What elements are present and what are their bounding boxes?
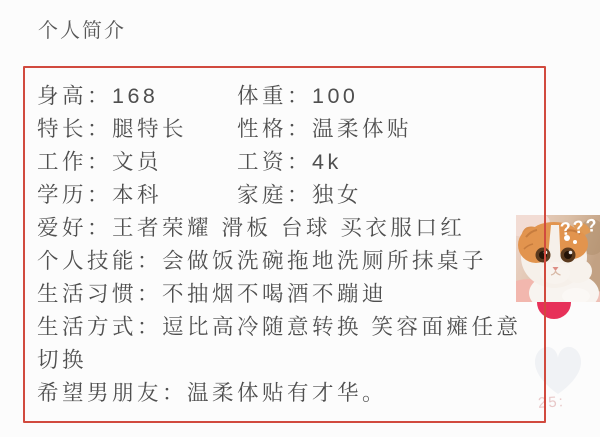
field-job: 工作：文员 — [37, 146, 237, 179]
timestamp-watermark: 25: — [537, 393, 565, 412]
field-hobbies: 爱好：王者荣耀 滑板 台球 买衣服口红 — [37, 212, 546, 245]
field-habits: 生活习惯：不抽烟不喝酒不蹦迪 — [37, 278, 546, 311]
page-title: 个人简介 — [38, 14, 126, 43]
profile-box: 身高：168 体重：100 特长：腿特长 性格：温柔体贴 工作：文员 工资：4k… — [23, 68, 546, 423]
field-lifestyle: 生活方式：逗比高冷随意转换 笑容面瘫任意切换 — [37, 311, 546, 377]
page: 个人简介 身高：168 体重：100 特长：腿特长 性格：温柔体贴 工作：文员 … — [0, 0, 600, 437]
cat-sticker-image: ??? — [516, 215, 600, 302]
field-boyfriend-wish: 希望男朋友：温柔体贴有才华。 — [37, 377, 546, 410]
field-specialty: 特长：腿特长 — [37, 113, 237, 146]
field-skills: 个人技能：会做饭洗碗拖地洗厕所抹桌子 — [37, 245, 546, 278]
row-height-weight: 身高：168 体重：100 — [37, 80, 546, 113]
row-education-family: 学历：本科 家庭：独女 — [37, 179, 546, 212]
field-family: 家庭：独女 — [237, 179, 362, 212]
heart-watermark-icon — [528, 338, 588, 400]
field-personality: 性格：温柔体贴 — [237, 113, 412, 146]
field-height: 身高：168 — [37, 80, 237, 113]
field-weight: 体重：100 — [237, 80, 358, 113]
field-salary: 工资：4k — [237, 146, 342, 179]
row-job-salary: 工作：文员 工资：4k — [37, 146, 546, 179]
field-education: 学历：本科 — [37, 179, 237, 212]
row-specialty-personality: 特长：腿特长 性格：温柔体贴 — [37, 113, 546, 146]
